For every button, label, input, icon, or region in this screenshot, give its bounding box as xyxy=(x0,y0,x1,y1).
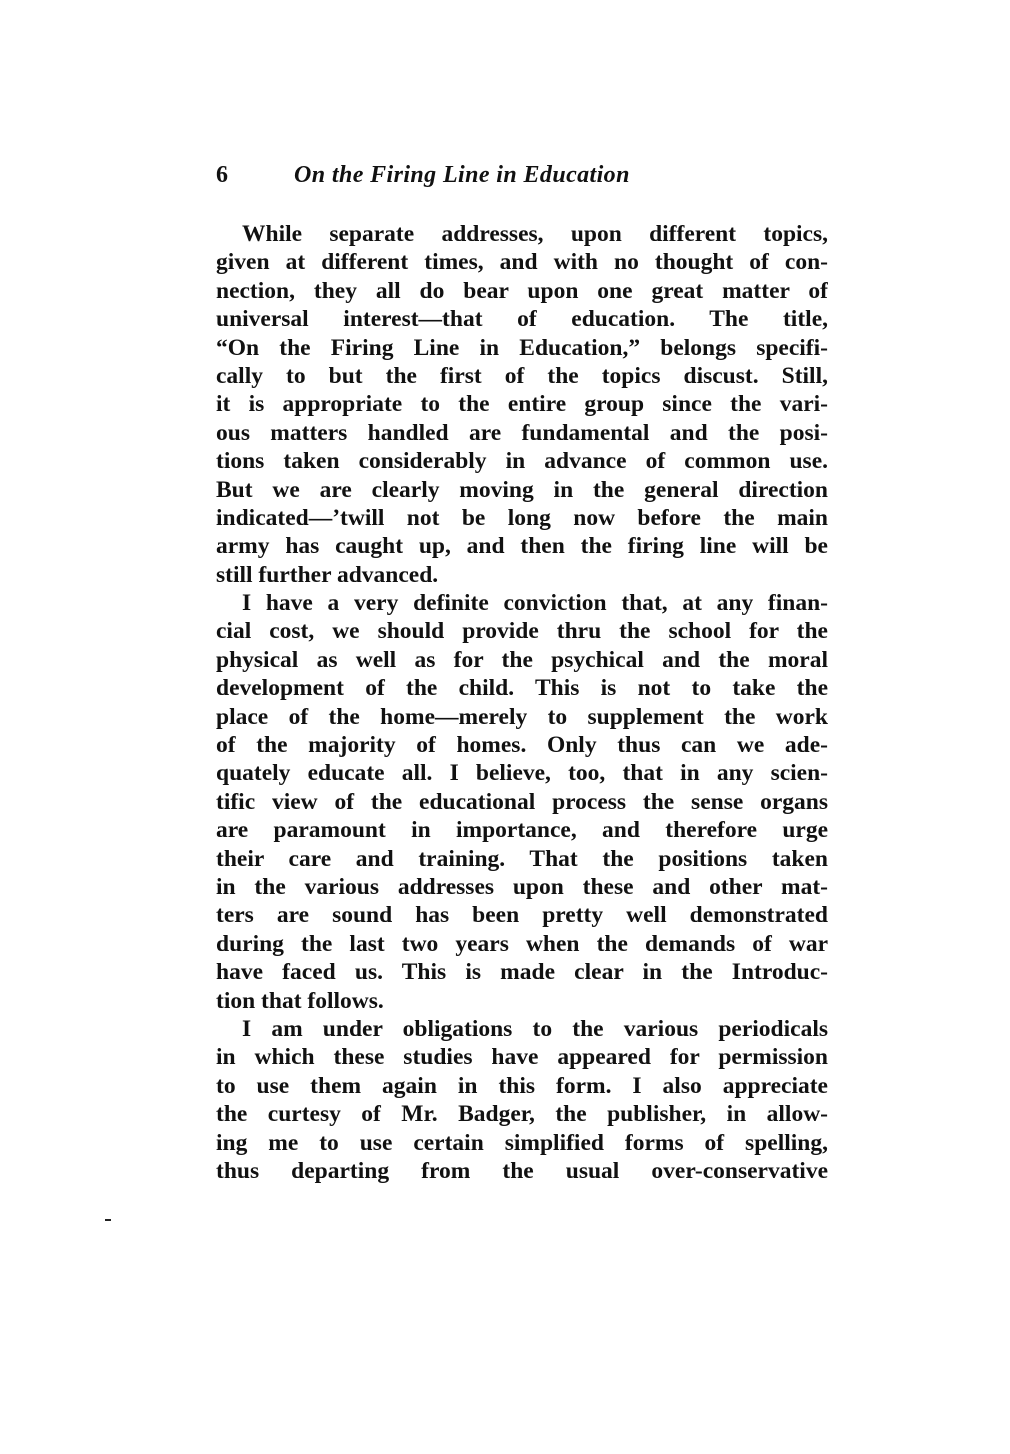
scan-edge-mark xyxy=(105,1219,111,1221)
text-line: tions taken considerably in advance of c… xyxy=(216,447,828,475)
body-text: While separate addresses, upon different… xyxy=(216,220,828,1185)
text-line: to use them again in this form. I also a… xyxy=(216,1072,828,1100)
text-line: thus departing from the usual over-conse… xyxy=(216,1157,828,1185)
text-line: tion that follows. xyxy=(216,987,828,1015)
text-line: While separate addresses, upon different… xyxy=(216,220,828,248)
text-line: the curtesy of Mr. Badger, the publisher… xyxy=(216,1100,828,1128)
book-page: 6 On the Firing Line in Education While … xyxy=(0,0,1010,1454)
text-line: ing me to use certain simplified forms o… xyxy=(216,1129,828,1157)
running-head: 6 On the Firing Line in Education xyxy=(216,160,736,190)
text-line: cial cost, we should provide thru the sc… xyxy=(216,617,828,645)
text-line: indicated—’twill not be long now before … xyxy=(216,504,828,532)
page-number: 6 xyxy=(216,160,228,190)
text-line: during the last two years when the deman… xyxy=(216,930,828,958)
text-line: still further advanced. xyxy=(216,561,828,589)
text-line: tific view of the educational process th… xyxy=(216,788,828,816)
text-line: universal interest—that of education. Th… xyxy=(216,305,828,333)
text-line: army has caught up, and then the firing … xyxy=(216,532,828,560)
text-line: in which these studies have appeared for… xyxy=(216,1043,828,1071)
text-line: their care and training. That the positi… xyxy=(216,845,828,873)
running-title: On the Firing Line in Education xyxy=(294,160,630,190)
text-line: physical as well as for the psychical an… xyxy=(216,646,828,674)
text-line: cally to but the first of the topics dis… xyxy=(216,362,828,390)
text-line: in the various addresses upon these and … xyxy=(216,873,828,901)
text-line: place of the home—merely to supplement t… xyxy=(216,703,828,731)
text-line: “On the Firing Line in Education,” belon… xyxy=(216,334,828,362)
text-line: it is appropriate to the entire group si… xyxy=(216,390,828,418)
text-line: development of the child. This is not to… xyxy=(216,674,828,702)
text-line: But we are clearly moving in the general… xyxy=(216,476,828,504)
text-line: quately educate all. I believe, too, tha… xyxy=(216,759,828,787)
text-line: ters are sound has been pretty well demo… xyxy=(216,901,828,929)
text-line: I have a very definite conviction that, … xyxy=(216,589,828,617)
text-line: given at different times, and with no th… xyxy=(216,248,828,276)
text-line: of the majority of homes. Only thus can … xyxy=(216,731,828,759)
text-line: nection, they all do bear upon one great… xyxy=(216,277,828,305)
text-line: ous matters handled are fundamental and … xyxy=(216,419,828,447)
text-line: have faced us. This is made clear in the… xyxy=(216,958,828,986)
text-line: are paramount in importance, and therefo… xyxy=(216,816,828,844)
text-line: I am under obligations to the various pe… xyxy=(216,1015,828,1043)
